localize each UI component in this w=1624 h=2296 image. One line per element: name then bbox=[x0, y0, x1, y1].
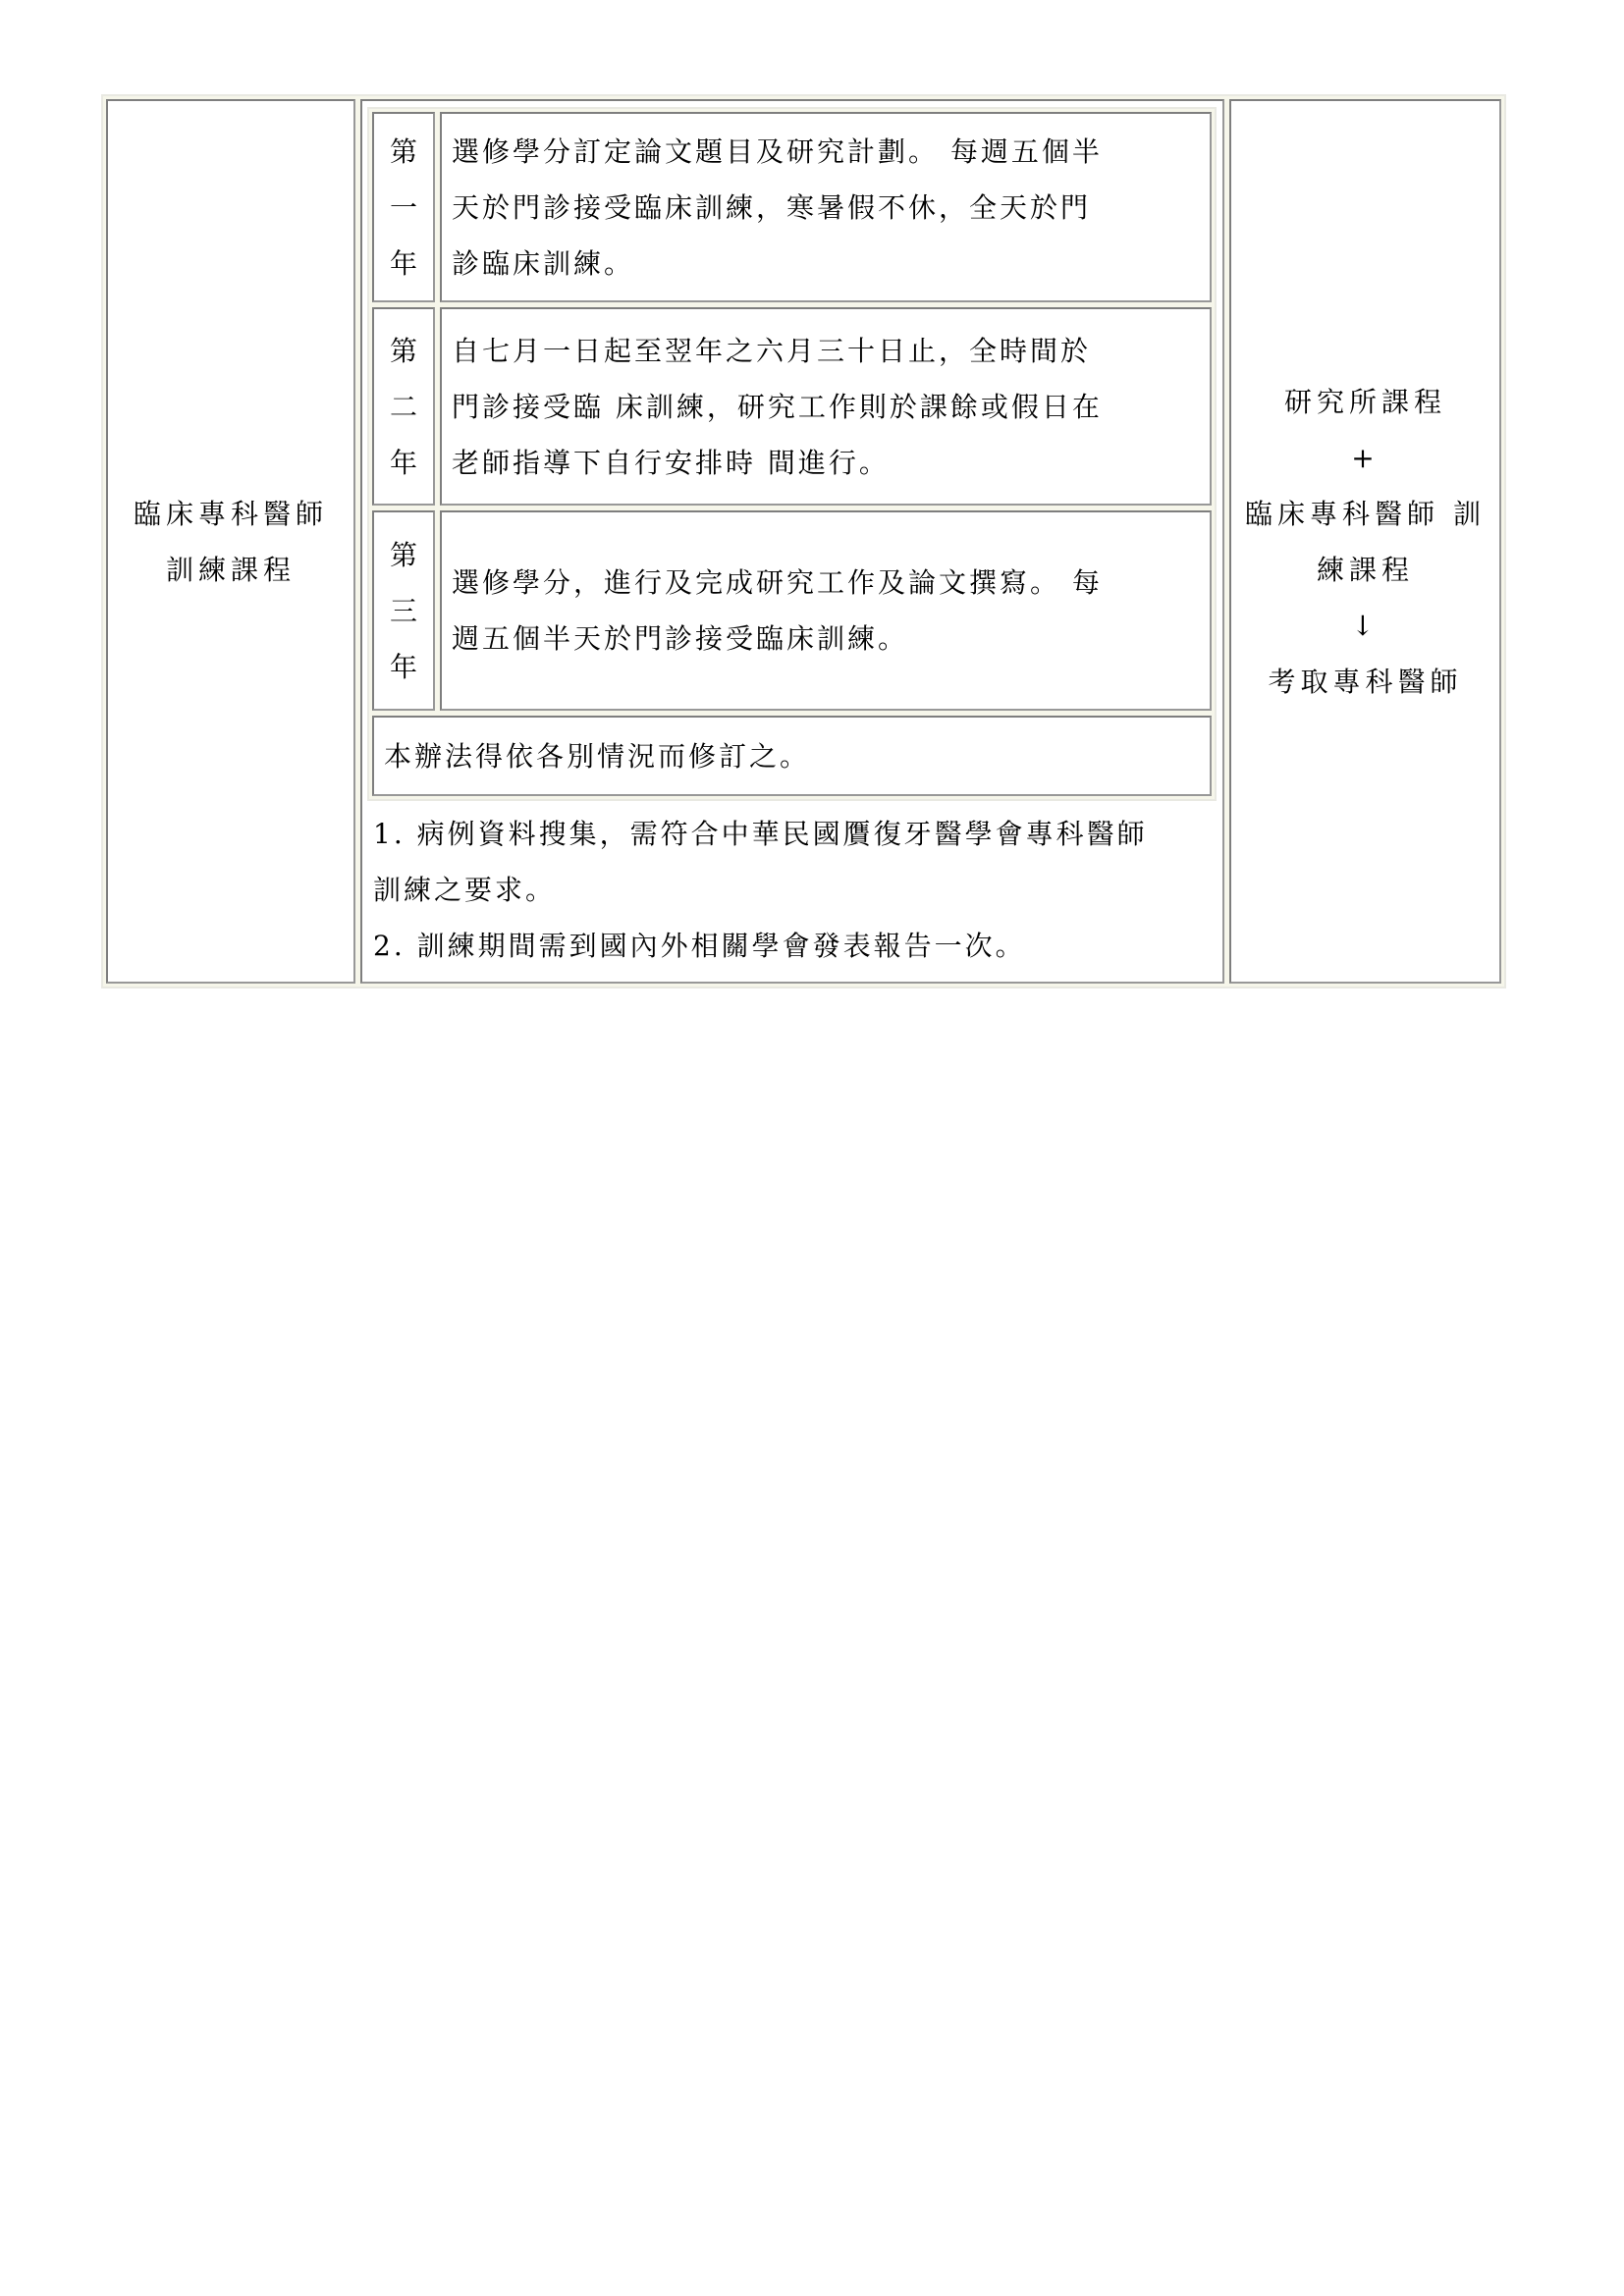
flow-lines: 研究所課程 + 臨床專科醫師 訓 練課程 ↓ 考取專科醫師 bbox=[1231, 374, 1499, 710]
year-3-label-cell: 第 三 年 bbox=[372, 510, 435, 711]
left-header-cell: 臨床專科醫師 訓練課程 bbox=[106, 99, 355, 984]
year-1-label-cell: 第 一 年 bbox=[372, 112, 435, 302]
flow-line-clinical-training-2: 練課程 bbox=[1231, 542, 1499, 598]
down-arrow-icon: ↓ bbox=[1231, 598, 1499, 654]
year-1-description: 選修學分訂定論文題目及研究計劃。 每週五個半 天於門診接受臨床訓練，寒暑假不休，… bbox=[452, 124, 1103, 292]
list-item: 1. 病例資料搜集，需符合中華民國贋復牙醫學會專科醫師 訓練之要求。 bbox=[373, 806, 1217, 918]
notes-list: 1. 病例資料搜集，需符合中華民國贋復牙醫學會專科醫師 訓練之要求。 2. 訓練… bbox=[367, 806, 1217, 974]
list-item: 2. 訓練期間需到國內外相關學會發表報告一次。 bbox=[373, 918, 1217, 974]
flow-line-graduate-course: 研究所課程 bbox=[1231, 374, 1499, 430]
table-row: 第 二 年 自七月一日起至翌年之六月三十日止，全時間於 門診接受臨 床訓練，研究… bbox=[372, 307, 1212, 506]
year-2-description: 自七月一日起至翌年之六月三十日止，全時間於 門診接受臨 床訓練，研究工作則於課餘… bbox=[452, 323, 1103, 491]
year-3-label: 第 三 年 bbox=[390, 527, 417, 695]
year-3-description-cell: 選修學分，進行及完成研究工作及論文撰寫。 每 週五個半天於門診接受臨床訓練。 bbox=[440, 510, 1212, 711]
year-2-label-cell: 第 二 年 bbox=[372, 307, 435, 506]
curriculum-table: 臨床專科醫師 訓練課程 第 一 年 選修學分訂定論文題目及研究計劃。 每週五個半… bbox=[101, 94, 1506, 988]
table-row: 第 一 年 選修學分訂定論文題目及研究計劃。 每週五個半 天於門診接受臨床訓練，… bbox=[372, 112, 1212, 302]
table-row: 本辦法得依各別情況而修訂之。 bbox=[372, 716, 1212, 796]
flow-line-specialist-exam: 考取專科醫師 bbox=[1231, 654, 1499, 710]
year-3-description: 選修學分，進行及完成研究工作及論文撰寫。 每 週五個半天於門診接受臨床訓練。 bbox=[452, 555, 1103, 667]
page: 臨床專科醫師 訓練課程 第 一 年 選修學分訂定論文題目及研究計劃。 每週五個半… bbox=[0, 0, 1624, 2296]
years-table: 第 一 年 選修學分訂定論文題目及研究計劃。 每週五個半 天於門診接受臨床訓練，… bbox=[367, 107, 1217, 801]
left-header-label: 臨床專科醫師 訓練課程 bbox=[134, 486, 328, 598]
year-1-label: 第 一 年 bbox=[390, 124, 417, 292]
note-cell: 本辦法得依各別情況而修訂之。 bbox=[372, 716, 1212, 796]
year-1-description-cell: 選修學分訂定論文題目及研究計劃。 每週五個半 天於門診接受臨床訓練，寒暑假不休，… bbox=[440, 112, 1212, 302]
table-row: 第 三 年 選修學分，進行及完成研究工作及論文撰寫。 每 週五個半天於門診接受臨… bbox=[372, 510, 1212, 711]
year-2-label: 第 二 年 bbox=[390, 323, 417, 491]
middle-cell: 第 一 年 選修學分訂定論文題目及研究計劃。 每週五個半 天於門診接受臨床訓練，… bbox=[360, 99, 1224, 984]
year-2-description-cell: 自七月一日起至翌年之六月三十日止，全時間於 門診接受臨 床訓練，研究工作則於課餘… bbox=[440, 307, 1212, 506]
right-flow-cell: 研究所課程 + 臨床專科醫師 訓 練課程 ↓ 考取專科醫師 bbox=[1229, 99, 1501, 984]
flow-line-clinical-training-1: 臨床專科醫師 訓 bbox=[1231, 486, 1499, 542]
plus-sign: + bbox=[1231, 430, 1499, 486]
note-text: 本辦法得依各別情況而修訂之。 bbox=[384, 728, 810, 784]
